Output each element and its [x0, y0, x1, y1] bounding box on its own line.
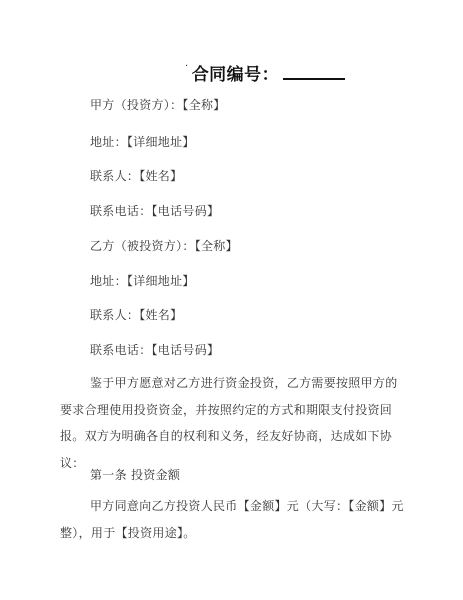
contract-number-title: ·合同编号： — [185, 60, 345, 85]
article-1-heading: 第一条 投资金额 — [90, 466, 180, 483]
party-a-name: 甲方（投资方）：【全称】 — [90, 96, 226, 113]
party-a-phone: 联系电话：【电话号码】 — [90, 202, 219, 219]
contract-page: ·合同编号： 甲方（投资方）：【全称】 地址：【详细地址】 联系人：【姓名】 联… — [0, 0, 463, 600]
party-a-address: 地址：【详细地址】 — [90, 133, 195, 150]
article-1-body: 甲方同意向乙方投资人民币【金额】元（大写：【金额】元整），用于【投资用途】。 — [60, 493, 405, 546]
party-a-contact: 联系人：【姓名】 — [90, 167, 182, 184]
party-b-name: 乙方（被投资方）：【全称】 — [90, 237, 238, 254]
party-b-contact: 联系人：【姓名】 — [90, 306, 182, 323]
party-b-phone: 联系电话：【电话号码】 — [90, 341, 219, 358]
contract-number-blank[interactable] — [283, 64, 345, 80]
preamble-paragraph: 鉴于甲方愿意对乙方进行资金投资，乙方需要按照甲方的要求合理使用投资资金，并按照约… — [60, 370, 405, 476]
title-marker: · — [185, 61, 189, 72]
contract-number-label: 合同编号： — [192, 65, 280, 85]
party-b-address: 地址：【详细地址】 — [90, 272, 195, 289]
